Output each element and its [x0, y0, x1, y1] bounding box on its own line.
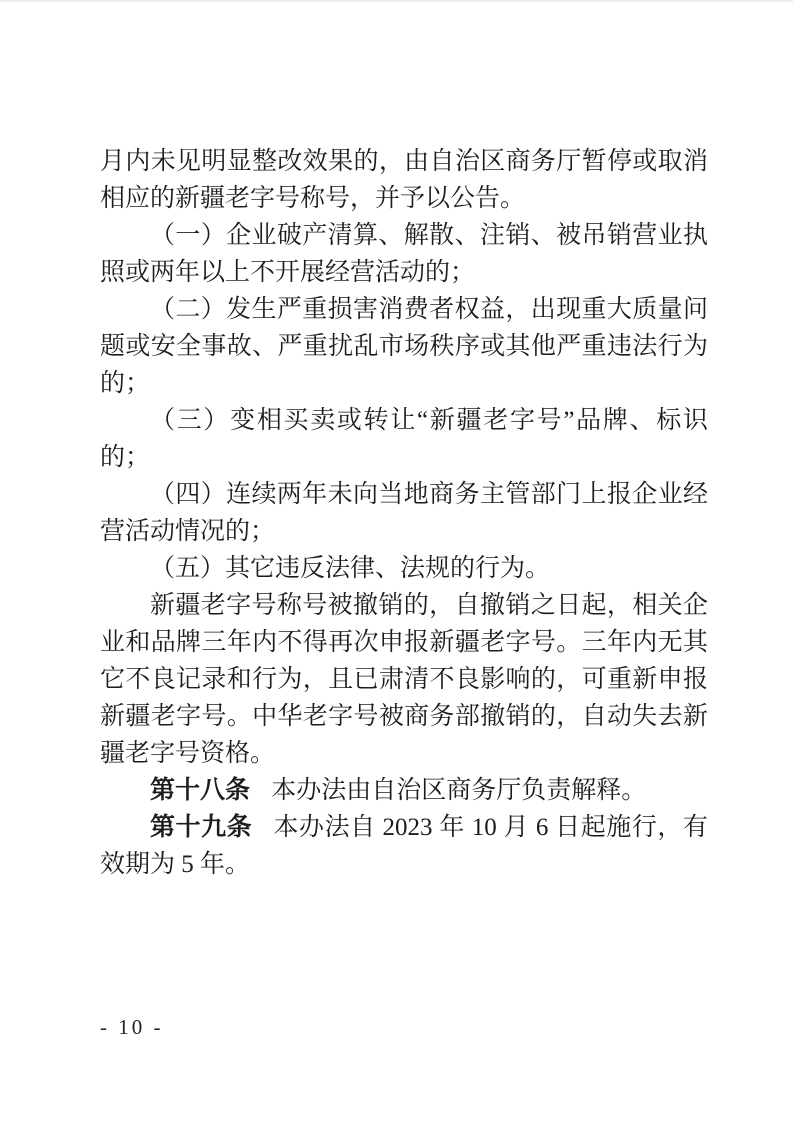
list-item-4: （四）连续两年未向当地商务主管部门上报企业经营活动情况的； [100, 476, 708, 550]
paragraph-text: （三）变相买卖或转让“新疆老字号”品牌、标识的； [100, 407, 708, 471]
article-19: 第十九条本办法自 2023 年 10 月 6 日起施行，有效期为 5 年。 [100, 809, 708, 883]
paragraph-text: 本办法由自治区商务厅负责解释。 [271, 777, 646, 804]
paragraph-text: 新疆老字号称号被撤销的，自撤销之日起，相关企业和品牌三年内不得再次申报新疆老字号… [100, 592, 708, 767]
paragraph-revocation: 新疆老字号称号被撤销的，自撤销之日起，相关企业和品牌三年内不得再次申报新疆老字号… [100, 587, 708, 772]
paragraph-text: （二）发生严重损害消费者权益，出现重大质量问题或安全事故、严重扰乱市场秩序或其他… [100, 296, 708, 397]
article-18-term: 第十八条 [150, 777, 250, 804]
paragraph-text: 月内未见明显整改效果的，由自治区商务厅暂停或取消相应的新疆老字号称号，并予以公告… [100, 148, 708, 212]
page-number: - 10 - [100, 1015, 164, 1040]
paragraph-text: （五）其它违反法律、法规的行为。 [150, 555, 550, 582]
list-item-2: （二）发生严重损害消费者权益，出现重大质量问题或安全事故、严重扰乱市场秩序或其他… [100, 291, 708, 402]
document-body: 月内未见明显整改效果的，由自治区商务厅暂停或取消相应的新疆老字号称号，并予以公告… [100, 143, 708, 883]
paragraph-text: （一）企业破产清算、解散、注销、被吊销营业执照或两年以上不开展经营活动的； [100, 222, 708, 286]
paragraph-text: （四）连续两年未向当地商务主管部门上报企业经营活动情况的； [100, 481, 708, 545]
paragraph-continuation: 月内未见明显整改效果的，由自治区商务厅暂停或取消相应的新疆老字号称号，并予以公告… [100, 143, 708, 217]
article-18: 第十八条本办法由自治区商务厅负责解释。 [100, 772, 708, 809]
list-item-3: （三）变相买卖或转让“新疆老字号”品牌、标识的； [100, 402, 708, 476]
list-item-1: （一）企业破产清算、解散、注销、被吊销营业执照或两年以上不开展经营活动的； [100, 217, 708, 291]
list-item-5: （五）其它违反法律、法规的行为。 [100, 550, 708, 587]
article-19-term: 第十九条 [150, 814, 252, 841]
document-page: 月内未见明显整改效果的，由自治区商务厅暂停或取消相应的新疆老字号称号，并予以公告… [0, 0, 793, 1122]
